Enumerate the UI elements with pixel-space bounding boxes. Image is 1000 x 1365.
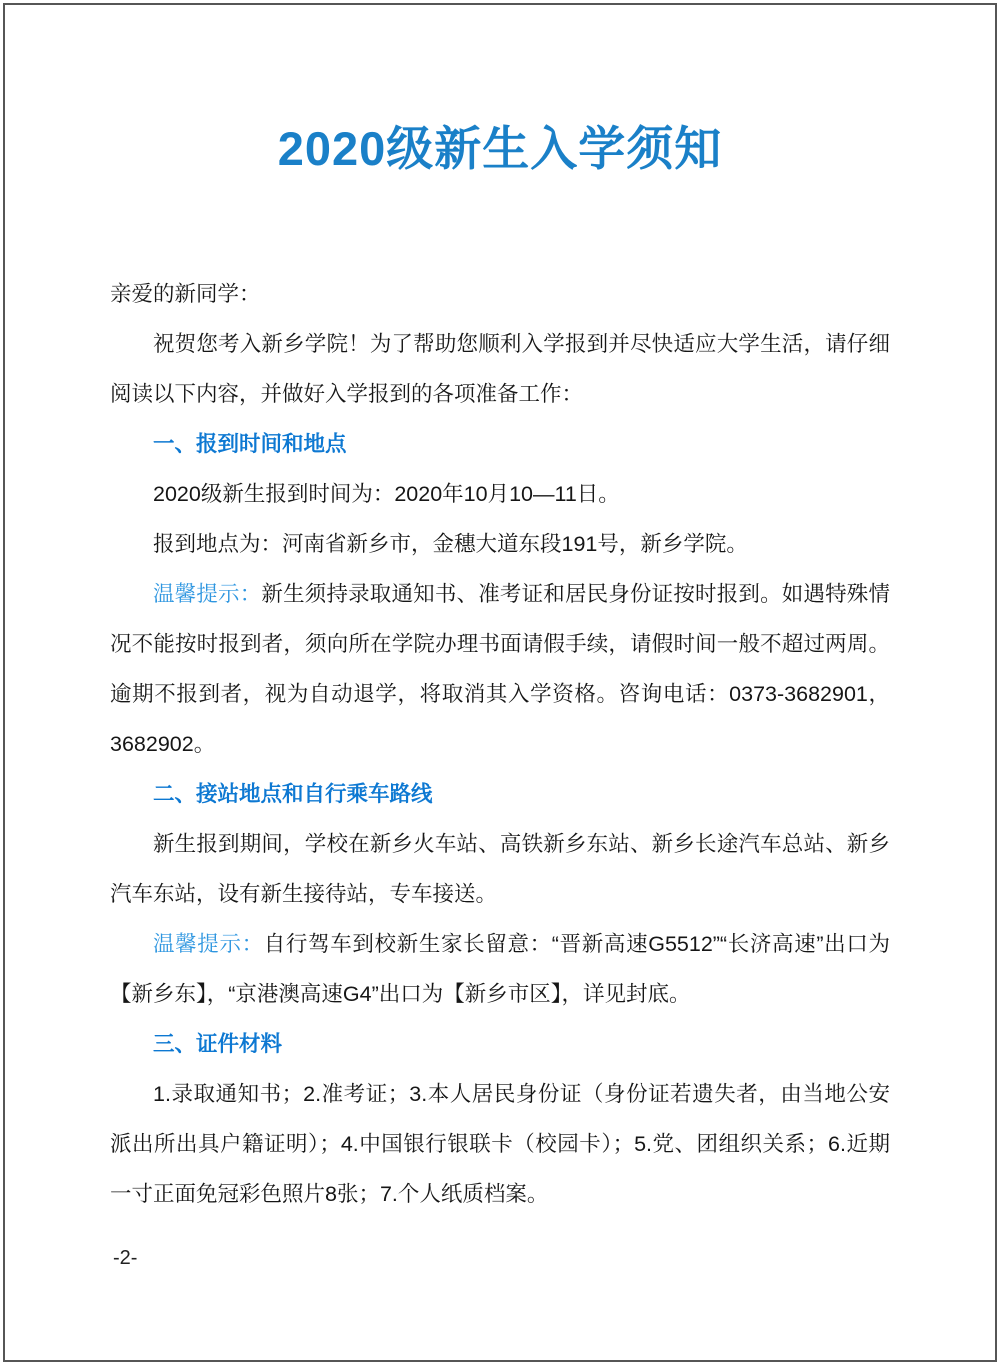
- section-1-heading: 一、报到时间和地点: [110, 419, 890, 469]
- document-body: 亲爱的新同学： 祝贺您考入新乡学院！为了帮助您顺利入学报到并尽快适应大学生活，请…: [110, 269, 890, 1219]
- report-time-paragraph: 2020级新生报到时间为：2020年10月10—11日。: [110, 469, 890, 519]
- tip-2-label: 温馨提示：: [153, 932, 264, 956]
- station-pickup-paragraph: 新生报到期间，学校在新乡火车站、高铁新乡东站、新乡长途汽车总站、新乡汽车东站，设…: [110, 819, 890, 919]
- section-3-heading: 三、证件材料: [110, 1019, 890, 1069]
- greeting-line: 亲爱的新同学：: [110, 269, 890, 319]
- tip-1-label: 温馨提示：: [153, 582, 261, 606]
- section-2-heading: 二、接站地点和自行乘车路线: [110, 769, 890, 819]
- tip-1-paragraph: 温馨提示：新生须持录取通知书、准考证和居民身份证按时报到。如遇特殊情况不能按时报…: [110, 569, 890, 769]
- materials-paragraph: 1.录取通知书；2.准考证；3.本人居民身份证（身份证若遗失者，由当地公安派出所…: [110, 1069, 890, 1219]
- document-title: 2020级新生入学须知: [0, 120, 1000, 178]
- intro-paragraph: 祝贺您考入新乡学院！为了帮助您顺利入学报到并尽快适应大学生活，请仔细阅读以下内容…: [110, 319, 890, 419]
- tip-1-text: 新生须持录取通知书、准考证和居民身份证按时报到。如遇特殊情况不能按时报到者，须向…: [110, 582, 890, 756]
- page-number: -2-: [113, 1243, 137, 1273]
- tip-2-paragraph: 温馨提示：自行驾车到校新生家长留意：“晋新高速G5512”“长济高速”出口为【新…: [110, 919, 890, 1019]
- report-location-paragraph: 报到地点为：河南省新乡市，金穗大道东段191号，新乡学院。: [110, 519, 890, 569]
